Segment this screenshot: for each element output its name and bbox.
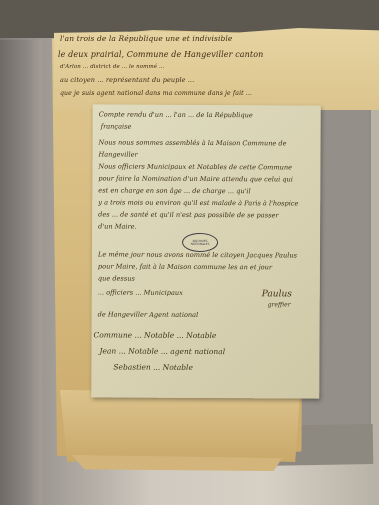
top-document-fragment: l'an trois de la République une et indiv… (54, 28, 379, 110)
document-line: Nous officiers Municipaux et Notables de… (98, 162, 292, 171)
lower-paper-leaf (60, 390, 300, 462)
fragment-line: le deux prairial, Commune de Hangeviller… (58, 50, 263, 59)
folder-left-flap (0, 40, 42, 505)
document-line: Sebastien ... Notable (113, 363, 193, 372)
archive-stamp: ARCHIVES NATIONALES (182, 233, 218, 252)
document-line: ... officiers ... Municipaux (98, 288, 183, 296)
document-line: Commune ... Notable ... Notable (94, 330, 217, 340)
document-line: d'un Maire. (98, 222, 137, 230)
fragment-line: d'Arlon ... district de ... le nommé ... (60, 64, 165, 70)
document-line: pour faire la Nomination d'un Maire atte… (98, 174, 293, 183)
document-line: est en charge en son âge ... de charge .… (98, 186, 250, 195)
fragment-line: l'an trois de la République une et indiv… (60, 34, 232, 43)
document-line: Jean ... Notable ... agent national (99, 346, 225, 356)
document-line: de Hangeviller Agent national (98, 310, 199, 319)
fragment-line: que je suis agent national dans ma commu… (60, 90, 252, 97)
fragment-line: au citoyen ... représentant du peuple ..… (60, 76, 194, 84)
document-line: Le même jour nous avons nommé le citoyen… (98, 250, 297, 259)
document-line: Hangeviller (98, 150, 137, 158)
document-line: Compte rendu d'un ... l'an ... de la Rép… (99, 110, 253, 119)
document-line: que dessus (98, 274, 135, 282)
document-line: y a trois mois ou environ qu'il est mala… (98, 198, 298, 207)
document-line: des ... de santé et qu'il n'est pas poss… (98, 210, 278, 219)
document-line: pour Maire, fait à la Maison commune les… (98, 262, 272, 271)
signature: Paulus (262, 289, 292, 299)
signature: greffier (268, 301, 291, 308)
document-line: Nous nous sommes assemblés à la Maison C… (99, 138, 287, 147)
main-document-page: Compte rendu d'un ... l'an ... de la Rép… (91, 104, 321, 398)
document-line: française (101, 122, 132, 130)
